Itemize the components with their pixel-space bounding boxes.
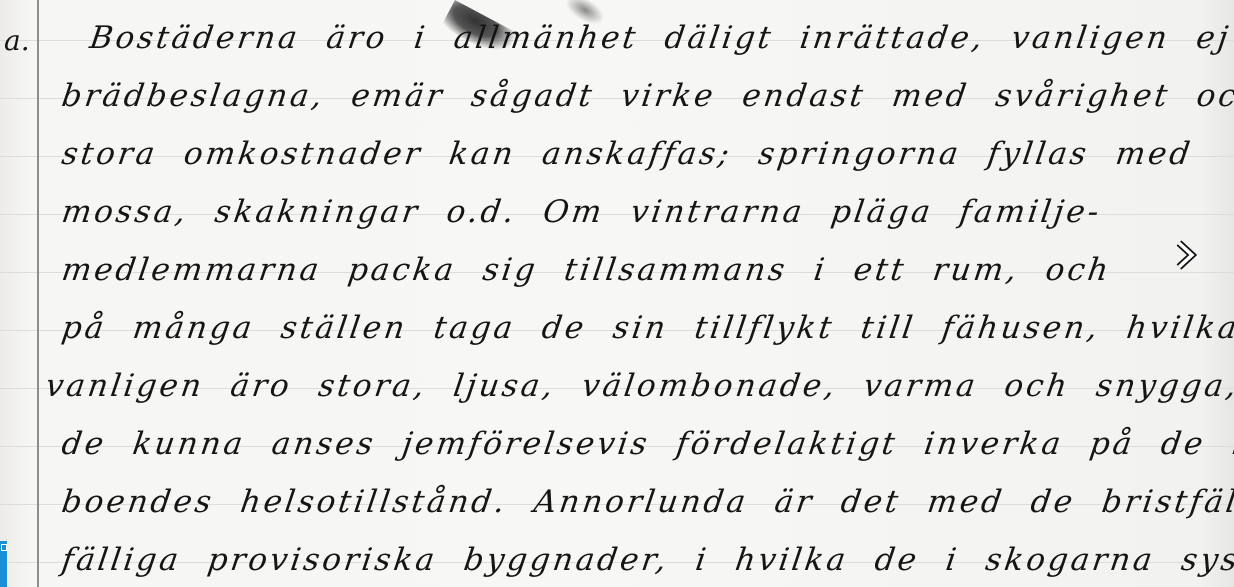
text-line: de kunna anses jemförelsevis fördelaktig… [59, 426, 1234, 462]
text-line: fälliga provisoriska byggnader, i hvilka… [59, 542, 1234, 578]
expand-icon [1, 544, 7, 551]
text-line: brädbeslagna, emär sågadt virke endast m… [59, 78, 1234, 114]
text-line: mossa, skakningar o.d. Om vintrarna pläg… [59, 194, 1103, 230]
side-panel-tab[interactable] [0, 541, 7, 587]
text-line: medlemmarna packa sig tillsammans i ett … [59, 252, 1113, 288]
text-line: på många ställen taga de sin tillflykt t… [59, 310, 1234, 346]
text-line: boendes helsotillstånd. Annorlunda är de… [59, 484, 1234, 520]
manuscript-page: a. Bostäderna äro i allmänhet däligt inr… [0, 0, 1234, 587]
margin-line [37, 0, 39, 587]
text-line: vanligen äro stora, ljusa, välombonade, … [43, 368, 1234, 404]
text-line: Bostäderna äro i allmänhet däligt inrätt… [87, 20, 1233, 56]
chevron-right-icon [1170, 238, 1204, 272]
section-marker: a. [4, 24, 30, 57]
text-line: stora omkostnader kan anskaffas; springo… [59, 136, 1195, 172]
next-page-button[interactable] [1170, 238, 1204, 272]
